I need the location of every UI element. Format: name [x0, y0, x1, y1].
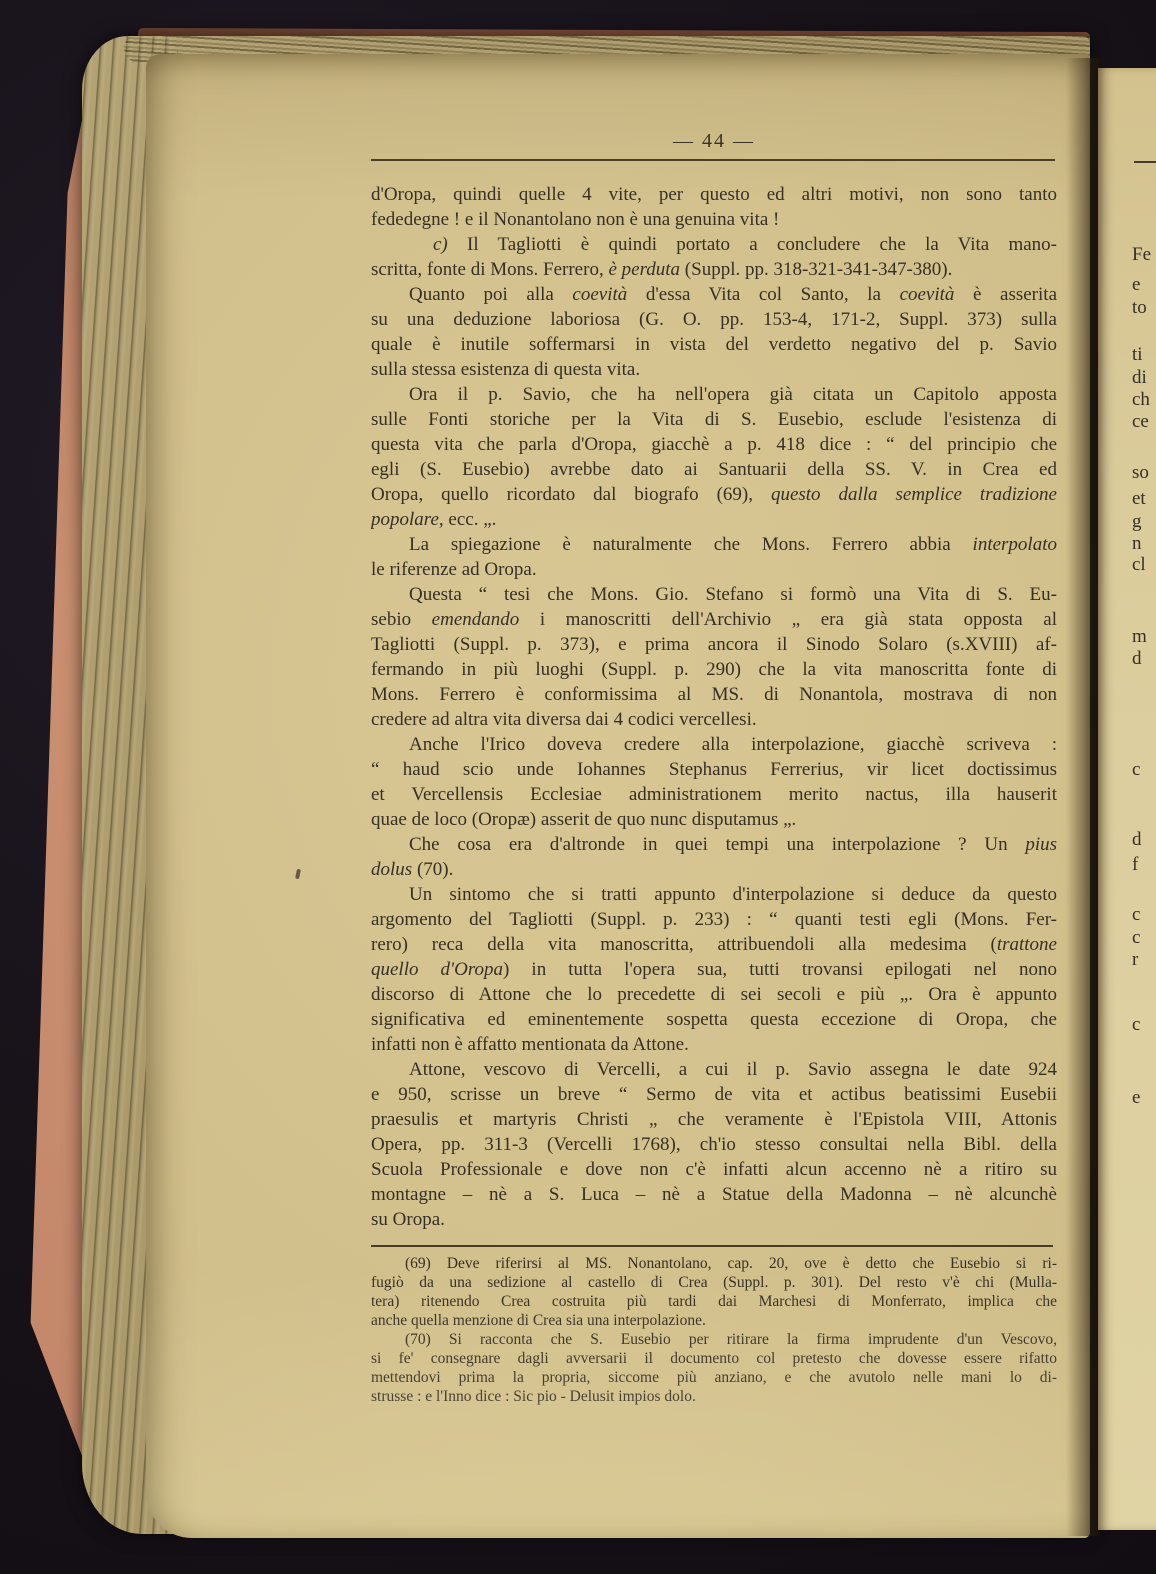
text-run: Questa “ tesi che Mons. Gio. Stefano si … [409, 584, 1057, 605]
text-line: scritta, fonte di Mons. Ferrero, è perdu… [371, 257, 1057, 282]
edge-text-fragment: c [1132, 760, 1140, 779]
text-line: questa vita che parla d'Oropa, giacchè a… [371, 432, 1057, 457]
text-run: scritta, fonte di Mons. Ferrero, [371, 259, 608, 280]
text-line: Scuola Professionale e dove non c'è infa… [371, 1157, 1057, 1182]
paragraph: Un sintomo che si tratti appunto d'inter… [371, 882, 1057, 1057]
edge-text-fragment: cl [1132, 555, 1146, 574]
text-line: strusse : e l'Inno dice : Sic pio - Delu… [371, 1387, 1057, 1406]
text-run: Attone, vescovo di Vercelli, a cui il p.… [409, 1059, 1057, 1080]
text-run: si fe' consegnare dagli avversarii il do… [371, 1350, 1057, 1367]
paragraph: (69) Deve riferirsi al MS. Nonantolano, … [371, 1254, 1057, 1330]
body-text: d'Oropa, quindi quelle 4 vite, per quest… [371, 182, 1057, 1232]
text-line: e 950, scrisse un breve “ Sermo de vita … [371, 1082, 1057, 1107]
text-run: La spiegazione è naturalmente che Mons. … [409, 534, 973, 555]
paragraph: Quanto poi alla coevità d'essa Vita col … [371, 282, 1057, 382]
edge-text-fragment: ti [1132, 345, 1143, 364]
paragraph: Ora il p. Savio, che ha nell'opera già c… [371, 382, 1057, 532]
gutter-shadow [1066, 58, 1100, 1536]
edge-text-fragment: ch [1132, 390, 1150, 409]
text-line: su una deduzione laboriosa (G. O. pp. 15… [371, 307, 1057, 332]
text-run: ) in tutta l'opera sua, tutti trovansi e… [503, 959, 1057, 980]
text-line: Anche l'Irico doveva credere alla interp… [371, 732, 1057, 757]
italic-text-run: questo dalla semplice tradizione [771, 484, 1057, 505]
footnotes: (69) Deve riferirsi al MS. Nonantolano, … [371, 1254, 1057, 1406]
text-run: d'essa Vita col Santo, la [627, 284, 899, 305]
text-run: questa vita che parla d'Oropa, giacchè a… [371, 434, 1057, 455]
text-line: quae de loco (Oropæ) asserit de quo nunc… [371, 807, 1057, 832]
text-run: ecc. „. [444, 509, 497, 530]
paragraph: Questa “ tesi che Mons. Gio. Stefano si … [371, 582, 1057, 732]
text-run: argomento del Tagliotti (Suppl. p. 233) … [371, 909, 1057, 930]
text-line: infatti non è affatto mentionata da Atto… [371, 1032, 1057, 1057]
text-run: Anche l'Irico doveva credere alla interp… [409, 734, 1057, 755]
text-line: La spiegazione è naturalmente che Mons. … [371, 532, 1057, 557]
italic-text-run: emendando [432, 609, 520, 630]
paragraph: Anche l'Irico doveva credere alla interp… [371, 732, 1057, 832]
text-run: fermando in più luoghi (Suppl. p. 290) c… [371, 659, 1057, 680]
edge-text-fragment: d [1132, 649, 1142, 668]
paragraph: c) Il Tagliotti è quindi portato a concl… [371, 232, 1057, 282]
italic-text-run: coevità [572, 284, 627, 305]
text-line: Che cosa era d'altronde in quei tempi un… [371, 832, 1057, 857]
text-line: Opera, pp. 311-3 (Vercelli 1768), ch'io … [371, 1132, 1057, 1157]
text-run: (70) Si racconta che S. Eusebio per riti… [405, 1331, 1057, 1348]
text-line: rero) reca della vita manoscritta, attri… [371, 932, 1057, 957]
edge-text-fragment: e [1132, 1088, 1140, 1107]
edge-text-fragment: Fe [1132, 245, 1151, 264]
text-line: (69) Deve riferirsi al MS. Nonantolano, … [371, 1254, 1057, 1273]
edge-text-fragment: c [1132, 905, 1140, 924]
text-line: fededegne ! e il Nonantolano non è una g… [371, 207, 1057, 232]
text-line: dolus (70). [371, 857, 1057, 882]
header-rule [371, 159, 1055, 161]
text-run: Che cosa era d'altronde in quei tempi un… [409, 834, 1025, 855]
paragraph: La spiegazione è naturalmente che Mons. … [371, 532, 1057, 582]
text-run: fededegne ! e il Nonantolano non è una g… [371, 209, 779, 230]
text-run: Un sintomo che si tratti appunto d'inter… [409, 884, 1057, 905]
text-line: su Oropa. [371, 1207, 1057, 1232]
text-line: si fe' consegnare dagli avversarii il do… [371, 1349, 1057, 1368]
text-run: montagne – nè a S. Luca – nè a Statue de… [371, 1184, 1057, 1205]
text-line: credere ad altra vita diversa dai 4 codi… [371, 707, 1057, 732]
text-line: Ora il p. Savio, che ha nell'opera già c… [371, 382, 1057, 407]
text-run: (69) Deve riferirsi al MS. Nonantolano, … [405, 1255, 1057, 1272]
text-run: Ora il p. Savio, che ha nell'opera già c… [409, 384, 1057, 405]
italic-text-run: pius [1025, 834, 1057, 855]
text-run: le riferenze ad Oropa. [371, 559, 537, 580]
text-line: (70) Si racconta che S. Eusebio per riti… [371, 1330, 1057, 1349]
text-run: Opera, pp. 311-3 (Vercelli 1768), ch'io … [371, 1134, 1057, 1155]
text-run: strusse : e l'Inno dice : Sic pio - Delu… [371, 1388, 696, 1405]
text-line: fermando in più luoghi (Suppl. p. 290) c… [371, 657, 1057, 682]
text-line: argomento del Tagliotti (Suppl. p. 233) … [371, 907, 1057, 932]
text-run: (70). [412, 859, 453, 880]
text-line: d'Oropa, quindi quelle 4 vite, per quest… [371, 182, 1057, 207]
text-line: montagne – nè a S. Luca – nè a Statue de… [371, 1182, 1057, 1207]
scanned-book-photo: { "palette": { "background": "#171218", … [0, 0, 1156, 1574]
edge-text-fragment: c [1132, 928, 1140, 947]
edge-text-fragment: ce [1132, 412, 1149, 431]
italic-text-run: c) [433, 234, 448, 255]
text-line: sulle Fonti storiche per la Vita di S. E… [371, 407, 1057, 432]
italic-text-run: dolus [371, 859, 412, 880]
ink-speck [295, 869, 301, 880]
edge-text-fragment: di [1132, 368, 1147, 387]
italic-text-run: interpolato [973, 534, 1057, 555]
text-run: quae de loco (Oropæ) asserit de quo nunc… [371, 809, 796, 830]
edge-text-fragment: to [1132, 298, 1147, 317]
text-run: Quanto poi alla [409, 284, 572, 305]
edge-text-fragment: n [1132, 534, 1142, 553]
text-line: discorso di Attone che lo precedette di … [371, 982, 1057, 1007]
text-line: Tagliotti (Suppl. p. 373), e prima ancor… [371, 632, 1057, 657]
text-run: praesulis et martyris Christi „ che vera… [371, 1109, 1057, 1130]
text-run: d'Oropa, quindi quelle 4 vite, per quest… [371, 184, 1057, 205]
text-run: credere ad altra vita diversa dai 4 codi… [371, 709, 757, 730]
text-run: è asserita [954, 284, 1057, 305]
text-run: anche quella menzione di Crea sia una in… [371, 1312, 706, 1329]
text-run: su Oropa. [371, 1209, 445, 1230]
edge-text-fragment: d [1132, 830, 1142, 849]
text-run: Tagliotti (Suppl. p. 373), e prima ancor… [371, 634, 1057, 655]
italic-text-run: popolare, [371, 509, 444, 530]
text-run: egli (S. Eusebio) avrebbe dato ai Santua… [371, 459, 1057, 480]
text-line: c) Il Tagliotti è quindi portato a concl… [371, 232, 1057, 257]
text-line: Oropa, quello ricordato dal biografo (69… [371, 482, 1057, 507]
edge-text-fragment: g [1132, 512, 1142, 531]
text-run: Scuola Professionale e dove non c'è infa… [371, 1159, 1057, 1180]
text-run: Il Tagliotti è quindi portato a conclude… [448, 234, 1057, 255]
text-run: discorso di Attone che lo precedette di … [371, 984, 1057, 1005]
italic-text-run: trattone [997, 934, 1057, 955]
text-run: quale è inutile soffermarsi in vista del… [371, 334, 1057, 355]
text-run: mettendovi prima la propria, siccome più… [371, 1369, 1057, 1386]
text-run: sebio [371, 609, 432, 630]
edge-text-fragment: e [1132, 275, 1140, 294]
next-page-edge: Feetotidichcesoetgnclmdcdfccrce [1098, 68, 1156, 1530]
paragraph: Attone, vescovo di Vercelli, a cui il p.… [371, 1057, 1057, 1232]
paragraph: (70) Si racconta che S. Eusebio per riti… [371, 1330, 1057, 1406]
text-line: Mons. Ferrero è conformissima al MS. di … [371, 682, 1057, 707]
text-line: praesulis et martyris Christi „ che vera… [371, 1107, 1057, 1132]
edge-text-fragment: so [1132, 463, 1149, 482]
paragraph: d'Oropa, quindi quelle 4 vite, per quest… [371, 182, 1057, 232]
text-line: Un sintomo che si tratti appunto d'inter… [371, 882, 1057, 907]
next-page-header-rule-fragment [1134, 161, 1156, 163]
edge-text-fragment: r [1132, 950, 1138, 969]
text-run: e 950, scrisse un breve “ Sermo de vita … [371, 1084, 1057, 1105]
text-run: infatti non è affatto mentionata da Atto… [371, 1034, 689, 1055]
italic-text-run: quello d'Oropa [371, 959, 503, 980]
text-line: fugiò da una sedizione al castello di Cr… [371, 1273, 1057, 1292]
text-line: et Vercellensis Ecclesiae administration… [371, 782, 1057, 807]
text-run: sulle Fonti storiche per la Vita di S. E… [371, 409, 1057, 430]
text-line: Attone, vescovo di Vercelli, a cui il p.… [371, 1057, 1057, 1082]
edge-text-fragment: et [1132, 489, 1146, 508]
italic-text-run: coevità [900, 284, 955, 305]
text-line: sulla stessa esistenza di questa vita. [371, 357, 1057, 382]
text-line: tera) ritenendo Crea costruita più tardi… [371, 1292, 1057, 1311]
text-run: (Suppl. pp. 318-321-341-347-380). [680, 259, 952, 280]
text-run: rero) reca della vita manoscritta, attri… [371, 934, 997, 955]
text-run: fugiò da una sedizione al castello di Cr… [371, 1274, 1057, 1291]
text-line: Quanto poi alla coevità d'essa Vita col … [371, 282, 1057, 307]
text-line: anche quella menzione di Crea sia una in… [371, 1311, 1057, 1330]
edge-text-fragment: m [1132, 627, 1147, 646]
text-line: “ haud scio unde Iohannes Stephanus Ferr… [371, 757, 1057, 782]
page-number-header: — 44 — [371, 130, 1057, 153]
text-run: “ haud scio unde Iohannes Stephanus Ferr… [371, 759, 1057, 780]
text-line: sebio emendando i manoscritti dell'Archi… [371, 607, 1057, 632]
italic-text-run: è perduta [608, 259, 680, 280]
text-line: quale è inutile soffermarsi in vista del… [371, 332, 1057, 357]
text-run: su una deduzione laboriosa (G. O. pp. 15… [371, 309, 1057, 330]
text-line: egli (S. Eusebio) avrebbe dato ai Santua… [371, 457, 1057, 482]
text-line: quello d'Oropa) in tutta l'opera sua, tu… [371, 957, 1057, 982]
text-run: et Vercellensis Ecclesiae administration… [371, 784, 1057, 805]
text-run: i manoscritti dell'Archivio „ era già st… [519, 609, 1057, 630]
text-run: tera) ritenendo Crea costruita più tardi… [371, 1293, 1057, 1310]
text-run: significativa ed eminentemente sospetta … [371, 1009, 1057, 1030]
text-run: sulla stessa esistenza di questa vita. [371, 359, 640, 380]
edge-text-fragment: f [1132, 855, 1138, 874]
text-line: Questa “ tesi che Mons. Gio. Stefano si … [371, 582, 1057, 607]
text-run: Mons. Ferrero è conformissima al MS. di … [371, 684, 1057, 705]
text-line: significativa ed eminentemente sospetta … [371, 1007, 1057, 1032]
text-line: popolare, ecc. „. [371, 507, 1057, 532]
main-page: — 44 — d'Oropa, quindi quelle 4 vite, pe… [146, 54, 1090, 1538]
paragraph: Che cosa era d'altronde in quei tempi un… [371, 832, 1057, 882]
text-line: le riferenze ad Oropa. [371, 557, 1057, 582]
footnote-separator-rule [371, 1245, 1053, 1247]
text-line: mettendovi prima la propria, siccome più… [371, 1368, 1057, 1387]
text-run: Oropa, quello ricordato dal biografo (69… [371, 484, 771, 505]
edge-text-fragment: c [1132, 1015, 1140, 1034]
